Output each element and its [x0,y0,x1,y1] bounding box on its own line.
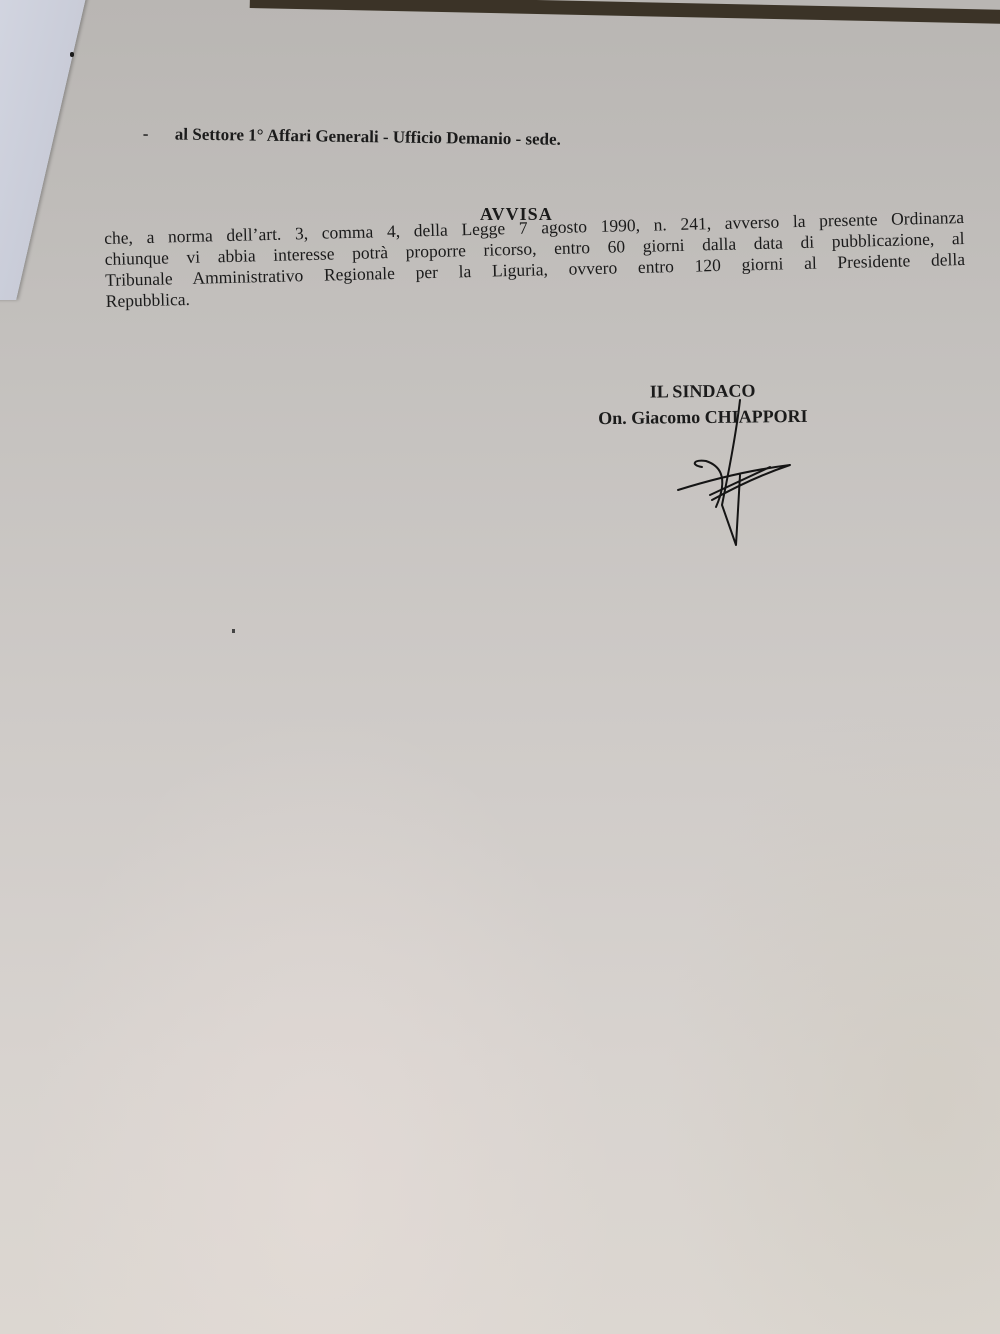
recipient-text: al Settore 1° Affari Generali - Ufficio … [175,124,561,148]
notice-paragraph: che, a norma dell’art. 3, comma 4, della… [104,207,966,312]
handwritten-signature-icon [670,395,810,555]
paper-speck [232,629,235,633]
list-bullet: - [143,124,175,144]
document-content: -al Settore 1° Affari Generali - Ufficio… [0,0,1000,1334]
recipient-line: -al Settore 1° Affari Generali - Ufficio… [143,124,561,150]
